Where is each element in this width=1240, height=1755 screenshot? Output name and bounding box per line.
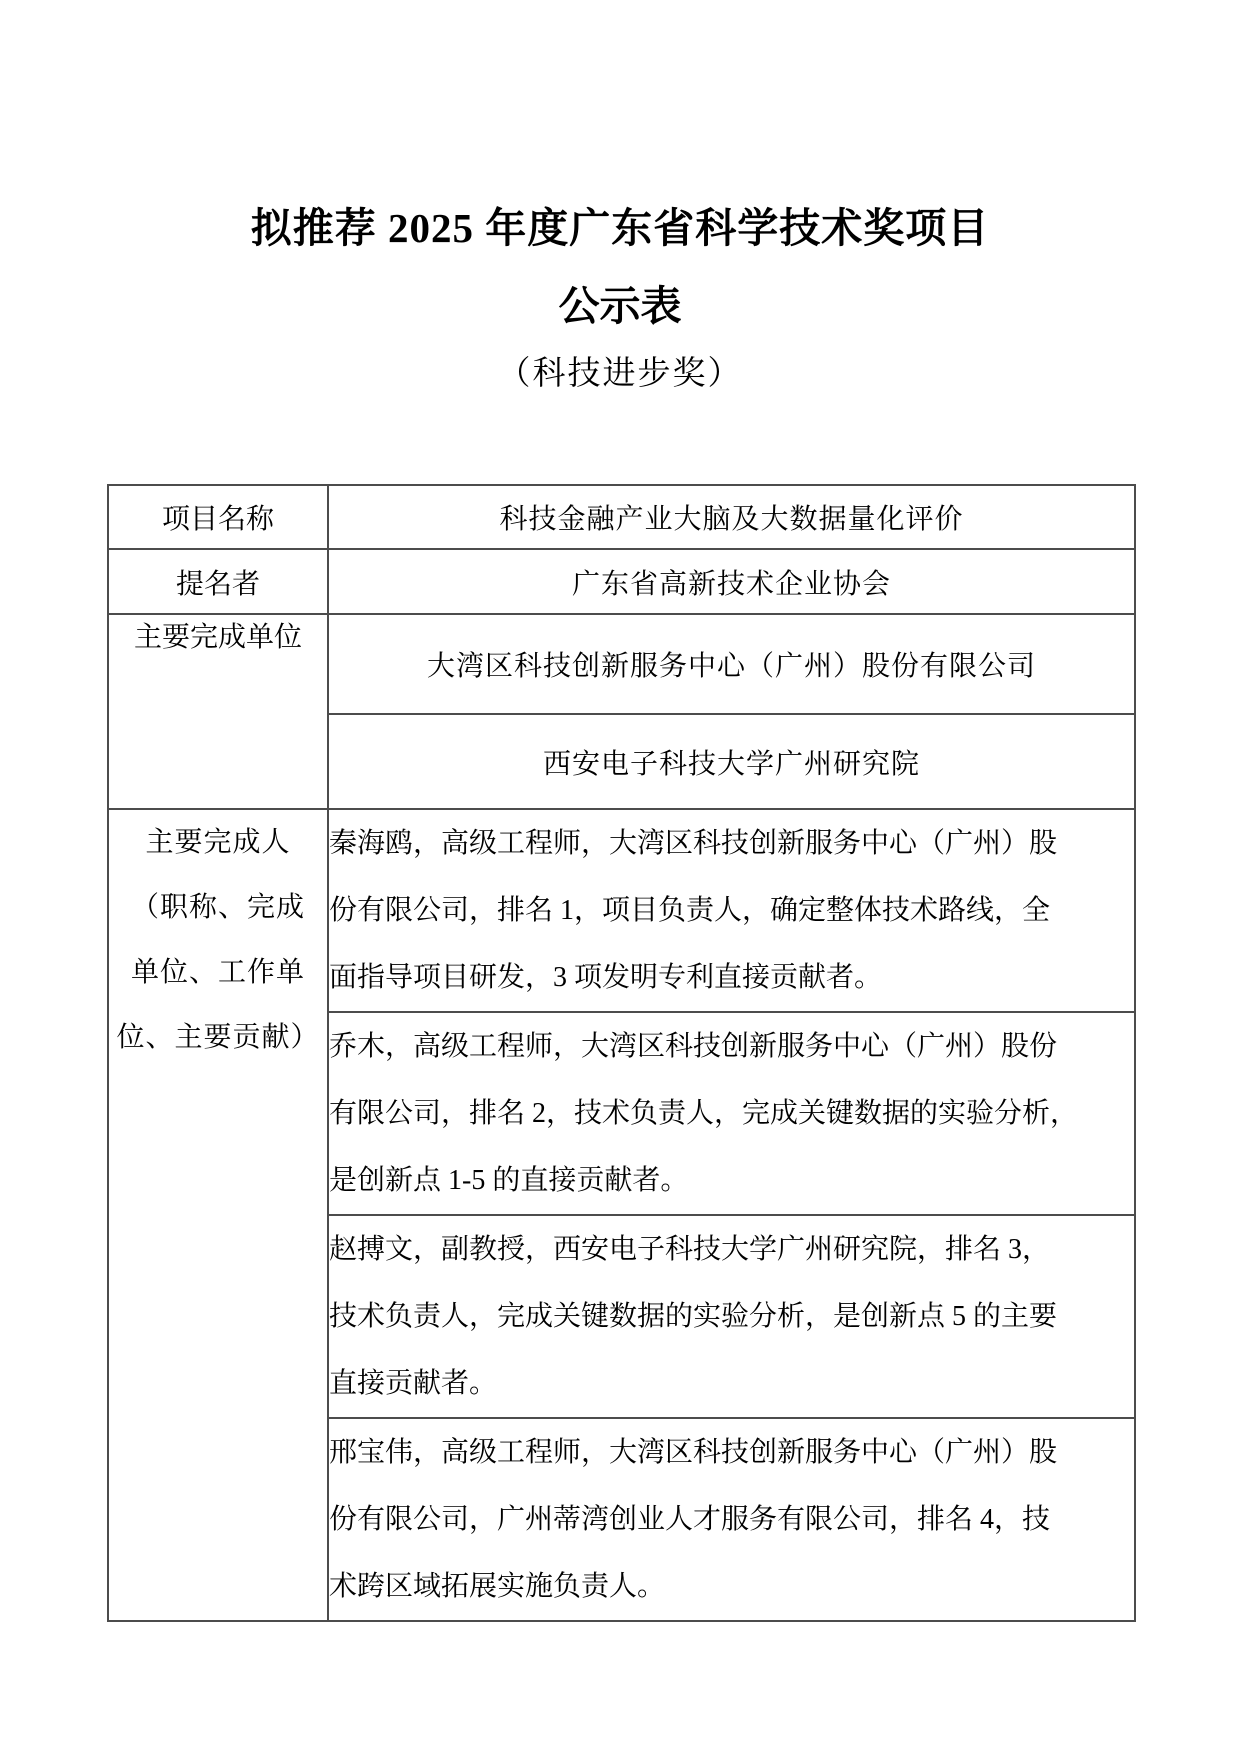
completer-4-line2: 份有限公司，广州蒂湾创业人才服务有限公司，排名 4，技 — [329, 1486, 1134, 1553]
completer-1-line2: 份有限公司，排名 1，项目负责人，确定整体技术路线，全 — [329, 877, 1134, 944]
completer-2-line2: 有限公司，排名 2，技术负责人，完成关键数据的实验分析， — [329, 1080, 1134, 1147]
completer-row-1: 主要完成人 （职称、完成 单位、工作单 位、主要贡献） 秦海鸥，高级工程师，大湾… — [108, 809, 1135, 1012]
main-completers-label-line3: 单位、工作单 — [109, 940, 327, 1005]
document-title-block: 拟推荐 2025 年度广东省科学技术奖项目 公示表 （科技进步奖） — [0, 0, 1240, 396]
completer-1-description: 秦海鸥，高级工程师，大湾区科技创新服务中心（广州）股 份有限公司，排名 1，项目… — [328, 809, 1135, 1012]
project-name-label: 项目名称 — [108, 485, 328, 549]
completing-unit-2: 西安电子科技大学广州研究院 — [328, 714, 1135, 809]
completer-3-line2: 技术负责人，完成关键数据的实验分析，是创新点 5 的主要 — [329, 1283, 1134, 1350]
document-subtitle: （科技进步奖） — [0, 352, 1240, 396]
completer-3-description: 赵搏文，副教授，西安电子科技大学广州研究院，排名 3， 技术负责人，完成关键数据… — [328, 1215, 1135, 1418]
completer-2-description: 乔木，高级工程师，大湾区科技创新服务中心（广州）股份 有限公司，排名 2，技术负… — [328, 1012, 1135, 1215]
main-completers-label-line4: 位、主要贡献） — [109, 1005, 327, 1070]
award-publicity-table: 项目名称 科技金融产业大脑及大数据量化评价 提名者 广东省高新技术企业协会 主要… — [107, 484, 1136, 1622]
nominator-value: 广东省高新技术企业协会 — [328, 549, 1135, 614]
document-title-line2: 公示表 — [0, 276, 1240, 336]
document-page: 拟推荐 2025 年度广东省科学技术奖项目 公示表 （科技进步奖） 项目名称 科… — [0, 0, 1240, 1755]
main-completers-label-line1: 主要完成人 — [109, 810, 327, 875]
completer-4-line1: 邢宝伟，高级工程师，大湾区科技创新服务中心（广州）股 — [329, 1419, 1134, 1486]
main-completers-label-line2: （职称、完成 — [109, 875, 327, 940]
completing-unit-1: 大湾区科技创新服务中心（广州）股份有限公司 — [328, 614, 1135, 714]
completer-4-description: 邢宝伟，高级工程师，大湾区科技创新服务中心（广州）股 份有限公司，广州蒂湾创业人… — [328, 1418, 1135, 1621]
completer-1-line1: 秦海鸥，高级工程师，大湾区科技创新服务中心（广州）股 — [329, 810, 1134, 877]
completing-units-row-1: 主要完成单位 大湾区科技创新服务中心（广州）股份有限公司 — [108, 614, 1135, 714]
main-completers-label: 主要完成人 （职称、完成 单位、工作单 位、主要贡献） — [108, 809, 328, 1621]
completing-units-label: 主要完成单位 — [108, 614, 328, 809]
completer-3-line3: 直接贡献者。 — [329, 1350, 1134, 1417]
project-name-value: 科技金融产业大脑及大数据量化评价 — [328, 485, 1135, 549]
completer-2-line3: 是创新点 1-5 的直接贡献者。 — [329, 1147, 1134, 1214]
nominator-row: 提名者 广东省高新技术企业协会 — [108, 549, 1135, 614]
project-name-row: 项目名称 科技金融产业大脑及大数据量化评价 — [108, 485, 1135, 549]
completer-4-line3: 术跨区域拓展实施负责人。 — [329, 1553, 1134, 1620]
completer-2-line1: 乔木，高级工程师，大湾区科技创新服务中心（广州）股份 — [329, 1013, 1134, 1080]
completer-3-line1: 赵搏文，副教授，西安电子科技大学广州研究院，排名 3， — [329, 1216, 1134, 1283]
document-title-line1: 拟推荐 2025 年度广东省科学技术奖项目 — [0, 198, 1240, 258]
completer-1-line3: 面指导项目研发，3 项发明专利直接贡献者。 — [329, 944, 1134, 1011]
nominator-label: 提名者 — [108, 549, 328, 614]
